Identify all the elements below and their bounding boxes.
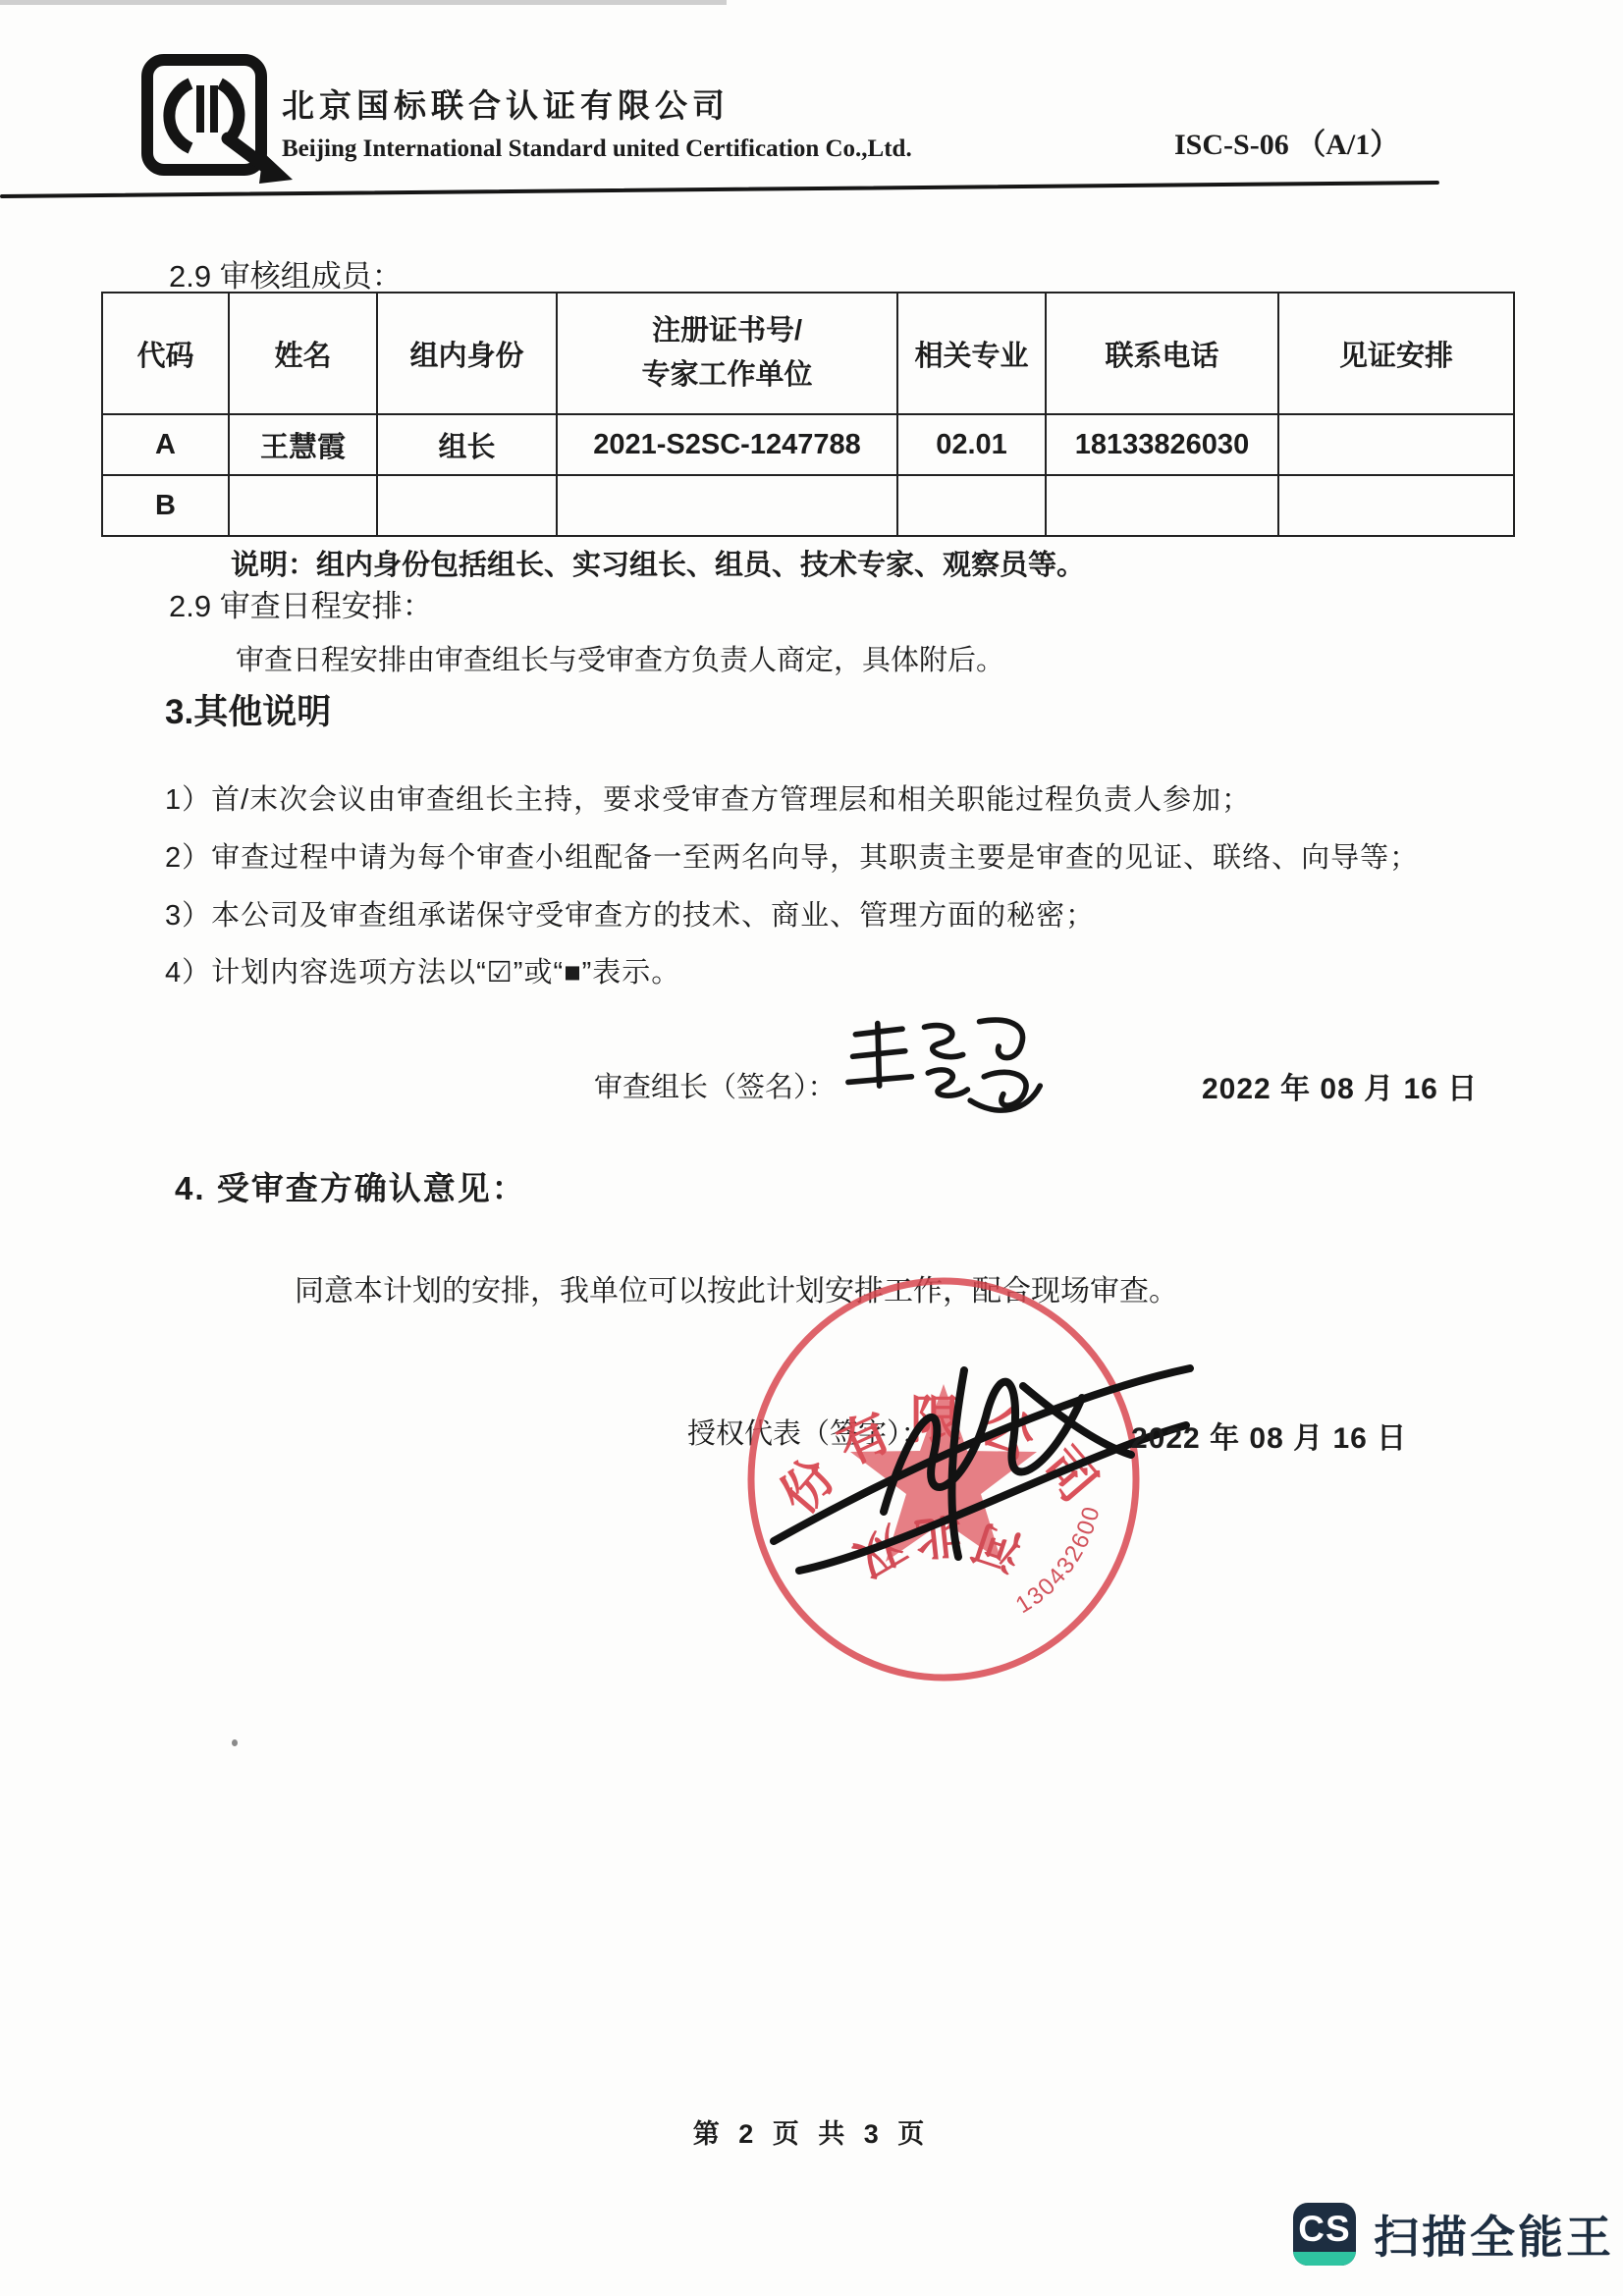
- note-item-1: 1）首/末次会议由审查组长主持，要求受审查方管理层和相关职能过程负责人参加；: [165, 777, 1251, 818]
- cell-witness: [1278, 475, 1514, 536]
- column-header-role: 组内身份: [377, 293, 557, 414]
- table-note: 说明：组内身份包括组长、实习组长、组员、技术专家、观察员等。: [231, 543, 1085, 583]
- cell-phone: 18133826030: [1046, 414, 1278, 475]
- rep-signature-handwriting: [766, 1327, 1198, 1587]
- cell-specialty: 02.01: [897, 414, 1046, 475]
- leader-signature-handwriting: [833, 991, 1044, 1129]
- column-header-witness: 见证安排: [1278, 293, 1514, 414]
- rep-sign-date: 2022 年 08 月 16 日: [1131, 1414, 1407, 1457]
- page-number-info: 第 2 页 共 3 页: [693, 2112, 931, 2151]
- camscanner-initials: CS: [1298, 2209, 1350, 2250]
- camscanner-label: 扫描全能王: [1374, 2202, 1614, 2267]
- schedule-section-label: 2.9 审查日程安排：: [169, 581, 433, 625]
- members-section-label: 2.9 审核组成员：: [169, 251, 403, 295]
- table-header-row: 代码 姓名 组内身份 注册证书号/ 专家工作单位 相关专业 联系电话 见证安排: [102, 293, 1514, 414]
- cell-role: 组长: [377, 414, 557, 475]
- camscanner-icon: CS: [1293, 2203, 1356, 2266]
- schedule-body-text: 审查日程安排由审查组长与受审查方负责人商定，具体附后。: [236, 638, 1004, 678]
- confirmation-title: 4. 受审查方确认意见：: [175, 1163, 526, 1209]
- note-item-3: 3）本公司及审查组承诺保守受审查方的技术、商业、管理方面的秘密；: [165, 893, 1095, 934]
- note-item-2: 2）审查过程中请为每个审查小组配备一至两名向导，其职责主要是审查的见证、联络、向…: [165, 835, 1419, 876]
- company-name-cn: 北京国标联合认证有限公司: [282, 80, 730, 127]
- cell-cert: [557, 475, 897, 536]
- cell-role: [377, 475, 557, 536]
- column-header-phone: 联系电话: [1046, 293, 1278, 414]
- document-page: 北京国标联合认证有限公司 Beijing International Stand…: [0, 0, 1623, 2296]
- column-header-cert: 注册证书号/ 专家工作单位: [557, 293, 897, 414]
- company-name-en: Beijing International Standard united Ce…: [282, 135, 912, 163]
- scan-edge-artifact: [0, 0, 727, 5]
- cell-code: B: [102, 475, 229, 536]
- cell-phone: [1046, 475, 1278, 536]
- camscanner-icon-bar: [1293, 2252, 1356, 2266]
- cell-specialty: [897, 475, 1046, 536]
- cell-name: [229, 475, 377, 536]
- column-header-specialty: 相关专业: [897, 293, 1046, 414]
- leader-sign-date: 2022 年 08 月 16 日: [1202, 1064, 1478, 1107]
- audit-team-table: 代码 姓名 组内身份 注册证书号/ 专家工作单位 相关专业 联系电话 见证安排 …: [101, 292, 1515, 537]
- cell-cert: 2021-S2SC-1247788: [557, 414, 897, 475]
- camscanner-badge: CS 扫描全能王: [1293, 2202, 1614, 2267]
- scan-speck: [232, 1739, 238, 1746]
- column-header-name: 姓名: [229, 293, 377, 414]
- leader-signature-label: 审查组长（签名）：: [594, 1065, 837, 1105]
- cell-name: 王慧霞: [229, 414, 377, 475]
- note-item-4: 4）计划内容选项方法以“☑”或“■”表示。: [165, 950, 680, 990]
- other-notes-title: 3.其他说明: [165, 685, 331, 734]
- table-row: A 王慧霞 组长 2021-S2SC-1247788 02.01 1813382…: [102, 414, 1514, 475]
- document-code: ISC-S-06 （A/1）: [1174, 120, 1399, 163]
- table-row: B: [102, 475, 1514, 536]
- cell-code: A: [102, 414, 229, 475]
- column-header-code: 代码: [102, 293, 229, 414]
- cell-witness: [1278, 414, 1514, 475]
